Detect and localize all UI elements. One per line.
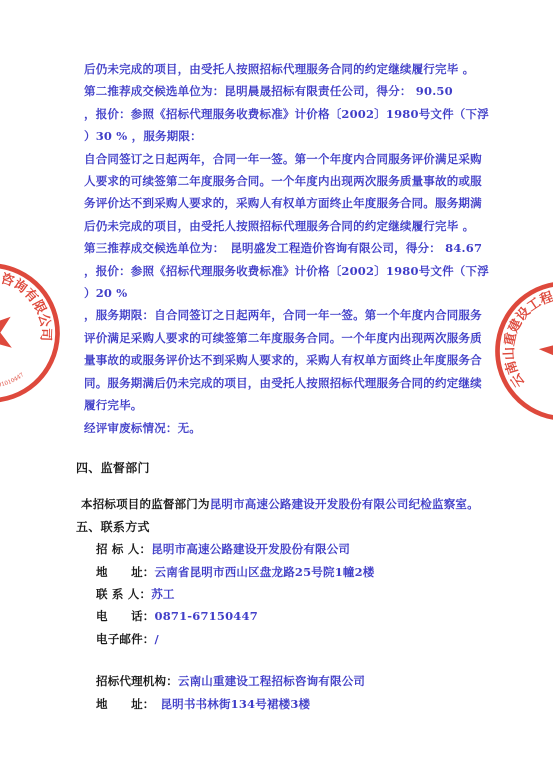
section-gap: [76, 439, 493, 457]
document-line: 务评价达不到采购人要求的，采购人有权单方面终止年度服务合同。服务期满: [84, 192, 493, 214]
supervision-section-heading: 四、监督部门: [76, 457, 493, 479]
contact-row-email: 电子邮件：/: [96, 628, 493, 650]
document-line: 经评审废标情况：无。: [84, 417, 493, 439]
document-line: ，报价：参照《招标代理服务收费标准》计价格〔2002〕1980号文件（下浮: [84, 103, 493, 125]
contact-value: 苏工: [151, 587, 174, 601]
contact-row-bidder: 招 标 人：昆明市高速公路建设开发股份有限公司: [96, 538, 493, 560]
contact-value: 0871-67150447: [155, 609, 258, 623]
document-page: { "colors": { "body_blue": "#403ec8", "t…: [0, 0, 553, 782]
agency-row-name: 招标代理机构：云南山重建设工程招标咨询有限公司: [96, 670, 493, 692]
document-body: 后仍未完成的项目，由受托人按照招标代理服务合同的约定继续履行完毕 。 第二推荐成…: [0, 0, 553, 715]
document-line: 第三推荐成交候选单位为： 昆明盛发工程造价咨询有限公司，得分： 84.67: [84, 237, 493, 259]
supervision-line-value: 昆明市高速公路建设开发股份有限公司纪检监察室。: [210, 497, 479, 511]
contact-row-person: 联 系 人：苏工: [96, 583, 493, 605]
agency-row-address: 地 址： 昆明书书林街134号裙楼3楼: [96, 693, 493, 715]
contact-row-phone: 电 话：0871-67150447: [96, 605, 493, 627]
document-line: 后仍未完成的项目，由受托人按照招标代理服务合同的约定继续履行完毕 。: [84, 215, 493, 237]
document-line: 第二推荐成交候选单位为：昆明晨晟招标有限责任公司，得分： 90.50: [84, 80, 493, 102]
contact-value: 云南山重建设工程招标咨询有限公司: [178, 674, 365, 688]
contact-label: 地 址：: [96, 697, 149, 711]
contact-value: 昆明市高速公路建设开发股份有限公司: [151, 542, 350, 556]
supervision-line: 本招标项目的监督部门为昆明市高速公路建设开发股份有限公司纪检监察室。: [81, 493, 493, 515]
contact-section-heading: 五、联系方式: [76, 516, 493, 538]
document-line: 同。服务期满后仍未完成的项目，由受托人按照招标代理服务合同的约定继续: [84, 372, 493, 394]
document-line: 量事故的或服务评价达不到采购人要求的，采购人有权单方面终止年度服务合: [84, 349, 493, 371]
document-line: 后仍未完成的项目，由受托人按照招标代理服务合同的约定继续履行完毕 。: [84, 58, 493, 80]
section-gap: [76, 650, 493, 670]
contact-label: 招标代理机构：: [96, 674, 178, 688]
document-line: 履行完毕。: [84, 394, 493, 416]
document-line: 人要求的可续签第二年度服务合同。一个年度内出现两次服务质量事故的或服: [84, 170, 493, 192]
contact-label: 电子邮件：: [96, 632, 155, 646]
document-line: 评价满足采购人要求的可续签第二年度服务合同。一个年度内出现两次服务质: [84, 327, 493, 349]
contact-value: 昆明书书林街134号裙楼3楼: [149, 697, 311, 711]
contact-value: 云南省昆明市西山区盘龙路25号院1幢2楼: [155, 565, 375, 579]
contact-label: 地 址：: [96, 565, 155, 579]
contact-value: /: [155, 632, 159, 646]
section-gap: [76, 479, 493, 493]
contact-label: 招 标 人：: [96, 542, 151, 556]
contact-label: 联 系 人：: [96, 587, 151, 601]
contact-label: 电 话：: [96, 609, 155, 623]
document-line: ）30 % ，服务期限：: [84, 125, 493, 147]
supervision-line-label: 本招标项目的监督部门为: [81, 497, 210, 511]
document-line: ，报价：参照《招标代理服务收费标准》计价格〔2002〕1980号文件（下浮: [84, 260, 493, 282]
contact-row-address: 地 址：云南省昆明市西山区盘龙路25号院1幢2楼: [96, 561, 493, 583]
document-line: 自合同签订之日起两年，合同一年一签。第一个年度内合同服务评价满足采购: [84, 148, 493, 170]
document-line: ，服务期限：自合同签订之日起两年，合同一年一签。第一个年度内合同服务: [84, 304, 493, 326]
document-line: ）20 %: [84, 282, 493, 304]
